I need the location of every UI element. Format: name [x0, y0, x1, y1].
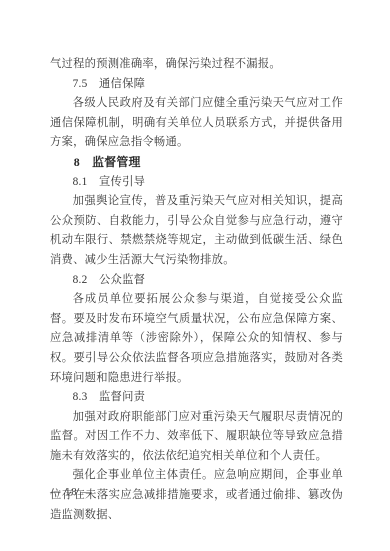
page-footer: — 18 — — [50, 486, 93, 500]
section-subheading-7-5: 7.5 通信保障 — [50, 75, 343, 95]
section-subheading-8-1: 8.1 宣传引导 — [50, 173, 343, 193]
page-number: — 18 — — [50, 487, 93, 498]
section-subheading-8-2: 8.2 公众监督 — [50, 271, 343, 291]
body-paragraph: 强化企事业单位主体责任。应急响应期间，企事业单位存在未落实应急减排措施要求，或者… — [50, 466, 343, 525]
body-paragraph: 各成员单位要拓展公众参与渠道，自觉接受公众监督。要及时发布环境空气质量状况，公布… — [50, 290, 343, 388]
body-paragraph: 加强对政府职能部门应对重污染天气履职尽责情况的监督。对因工作不力、效率低下、履职… — [50, 408, 343, 467]
document-page: 气过程的预测准确率，确保污染过程不漏报。7.5 通信保障各级人民政府及有关部门应… — [0, 0, 390, 551]
body-paragraph: 加强舆论宣传，普及重污染天气应对相关知识，提高公众预防、自救能力，引导公众自觉参… — [50, 192, 343, 270]
document-body: 气过程的预测准确率，确保污染过程不漏报。7.5 通信保障各级人民政府及有关部门应… — [50, 55, 343, 525]
body-paragraph: 各级人民政府及有关部门应健全重污染天气应对工作通信保障机制，明确有关单位人员联系… — [50, 94, 343, 153]
section-heading-8: 8 监督管理 — [50, 153, 343, 173]
section-subheading-8-3: 8.3 监督问责 — [50, 388, 343, 408]
body-paragraph-continuation: 气过程的预测准确率，确保污染过程不漏报。 — [50, 55, 343, 75]
